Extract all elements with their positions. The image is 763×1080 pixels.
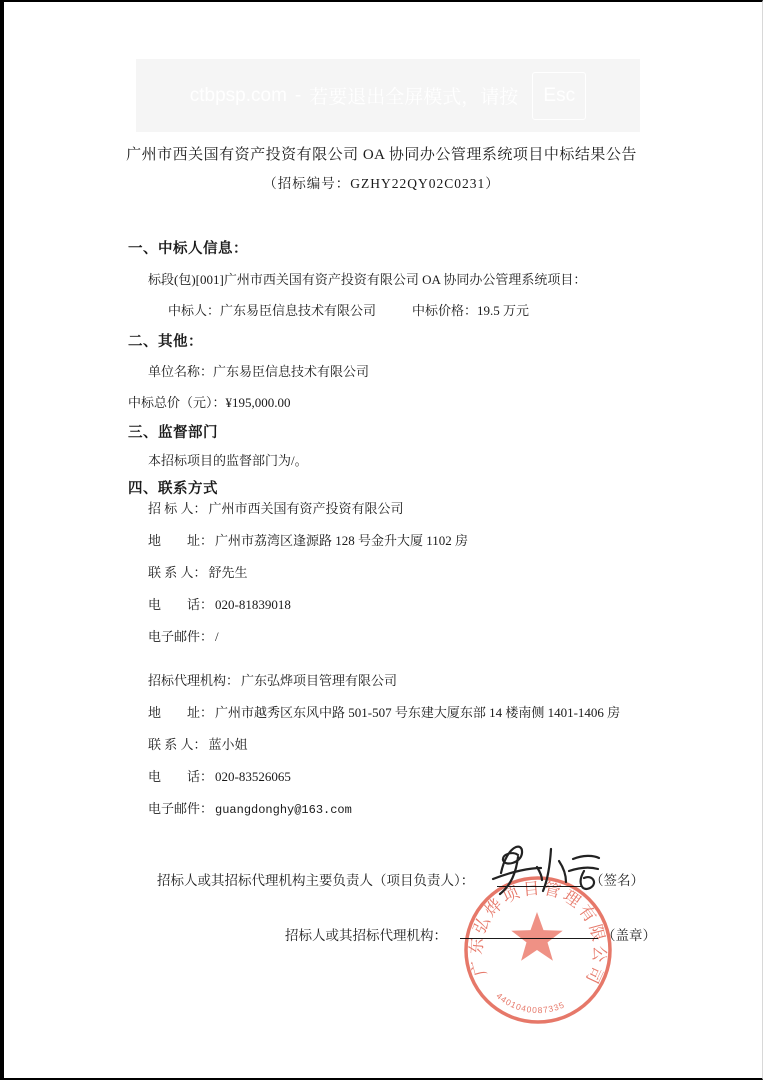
bidder-row-contact: 联 系 人：舒先生 (148, 562, 248, 581)
unit-label: 单位名称： (148, 364, 213, 379)
winner-line: 中标人：广东易臣信息技术有限公司 (168, 300, 376, 319)
agency-row-phone: 电 话：020-83526065 (148, 766, 291, 785)
document-page: ctbpsp.com - 若要退出全屏模式，请按 Esc 广州市西关国有资产投资… (0, 0, 763, 1080)
price-line: 中标价格：19.5 万元 (412, 300, 529, 319)
price-value: 19.5 万元 (477, 303, 529, 318)
bidder-row-email: 电子邮件：/ (148, 626, 219, 645)
total-value: ¥195,000.00 (226, 395, 291, 410)
unit-line: 单位名称：广东易臣信息技术有限公司 (148, 361, 369, 380)
agency-contact-label: 联 系 人： (148, 734, 207, 753)
fullscreen-exit-banner: ctbpsp.com - 若要退出全屏模式，请按 Esc (136, 59, 640, 132)
principal-signature-label: 招标人或其招标代理机构主要负责人（项目负责人）： (157, 869, 474, 889)
supervision-body: 本招标项目的监督部门为/。 (148, 450, 308, 469)
bidder-email-value: / (213, 629, 219, 644)
total-label: 中标总价（元）： (128, 395, 226, 410)
agency-email-label: 电子邮件： (148, 798, 213, 817)
bidder-phone-value: 020-81839018 (213, 597, 291, 612)
section-heading-winner: 一、中标人信息： (128, 237, 248, 258)
winner-label: 中标人： (168, 303, 220, 318)
agency-phone-label: 电 话： (148, 766, 213, 785)
handwritten-signature (487, 833, 602, 901)
agency-name-label: 招标代理机构： (148, 673, 239, 688)
bidder-address-label: 地 址： (148, 530, 213, 549)
agency-address-value: 广州市越秀区东风中路 501-507 号东建大厦东部 14 楼南侧 1401-1… (213, 705, 620, 720)
agency-row-contact: 联 系 人：蓝小姐 (148, 734, 248, 753)
bidder-name-value: 广州市西关国有资产投资有限公司 (207, 501, 404, 516)
total-line: 中标总价（元）：¥195,000.00 (128, 392, 291, 411)
section-heading-supervision: 三、监督部门 (128, 421, 218, 442)
lot-line: 标段(包)[001]广州市西关国有资产投资有限公司 OA 协同办公管理系统项目： (148, 269, 586, 288)
page-title: 广州市西关国有资产投资有限公司 OA 协同办公管理系统项目中标结果公告 (0, 143, 763, 164)
agency-row-address: 地 址：广州市越秀区东风中路 501-507 号东建大厦东部 14 楼南侧 14… (148, 702, 620, 721)
agency-contact-value: 蓝小姐 (207, 737, 248, 752)
esc-key-badge: Esc (532, 72, 586, 120)
agency-row-name: 招标代理机构：广东弘烨项目管理有限公司 (148, 670, 397, 689)
svg-text:4401040087335: 4401040087335 (494, 991, 566, 1015)
section-heading-contact: 四、联系方式 (128, 477, 218, 498)
bidder-name-label: 招 标 人： (148, 498, 207, 517)
agency-phone-value: 020-83526065 (213, 769, 291, 784)
bid-number-line: （招标编号：GZHY22QY02C0231） (0, 172, 763, 192)
agency-name-value: 广东弘烨项目管理有限公司 (239, 673, 397, 688)
winner-value: 广东易臣信息技术有限公司 (220, 303, 376, 318)
bidder-phone-label: 电 话： (148, 594, 213, 613)
seal-star-icon (511, 912, 562, 961)
bidder-address-value: 广州市荔湾区逢源路 128 号金升大厦 1102 房 (213, 533, 468, 548)
agency-address-label: 地 址： (148, 702, 213, 721)
bidder-row-phone: 电 话：020-81839018 (148, 594, 291, 613)
banner-separator: - (295, 85, 301, 107)
seal-registration-number: 4401040087335 (494, 991, 566, 1015)
price-label: 中标价格： (412, 303, 477, 318)
banner-message: 若要退出全屏模式，请按 (309, 82, 518, 109)
bidder-contact-value: 舒先生 (207, 565, 248, 580)
agency-row-email: 电子邮件：guangdonghy@163.com (148, 798, 352, 817)
bidder-email-label: 电子邮件： (148, 626, 213, 645)
section-heading-other: 二、其他： (128, 330, 203, 351)
unit-value: 广东易臣信息技术有限公司 (213, 364, 369, 379)
banner-domain: ctbpsp.com (190, 85, 287, 107)
bidder-contact-label: 联 系 人： (148, 562, 207, 581)
agency-email-value: guangdonghy@163.com (213, 803, 352, 817)
bidder-row-address: 地 址：广州市荔湾区逢源路 128 号金升大厦 1102 房 (148, 530, 468, 549)
bidder-row-name: 招 标 人：广州市西关国有资产投资有限公司 (148, 498, 404, 517)
org-seal-label: 招标人或其招标代理机构： (285, 924, 447, 944)
